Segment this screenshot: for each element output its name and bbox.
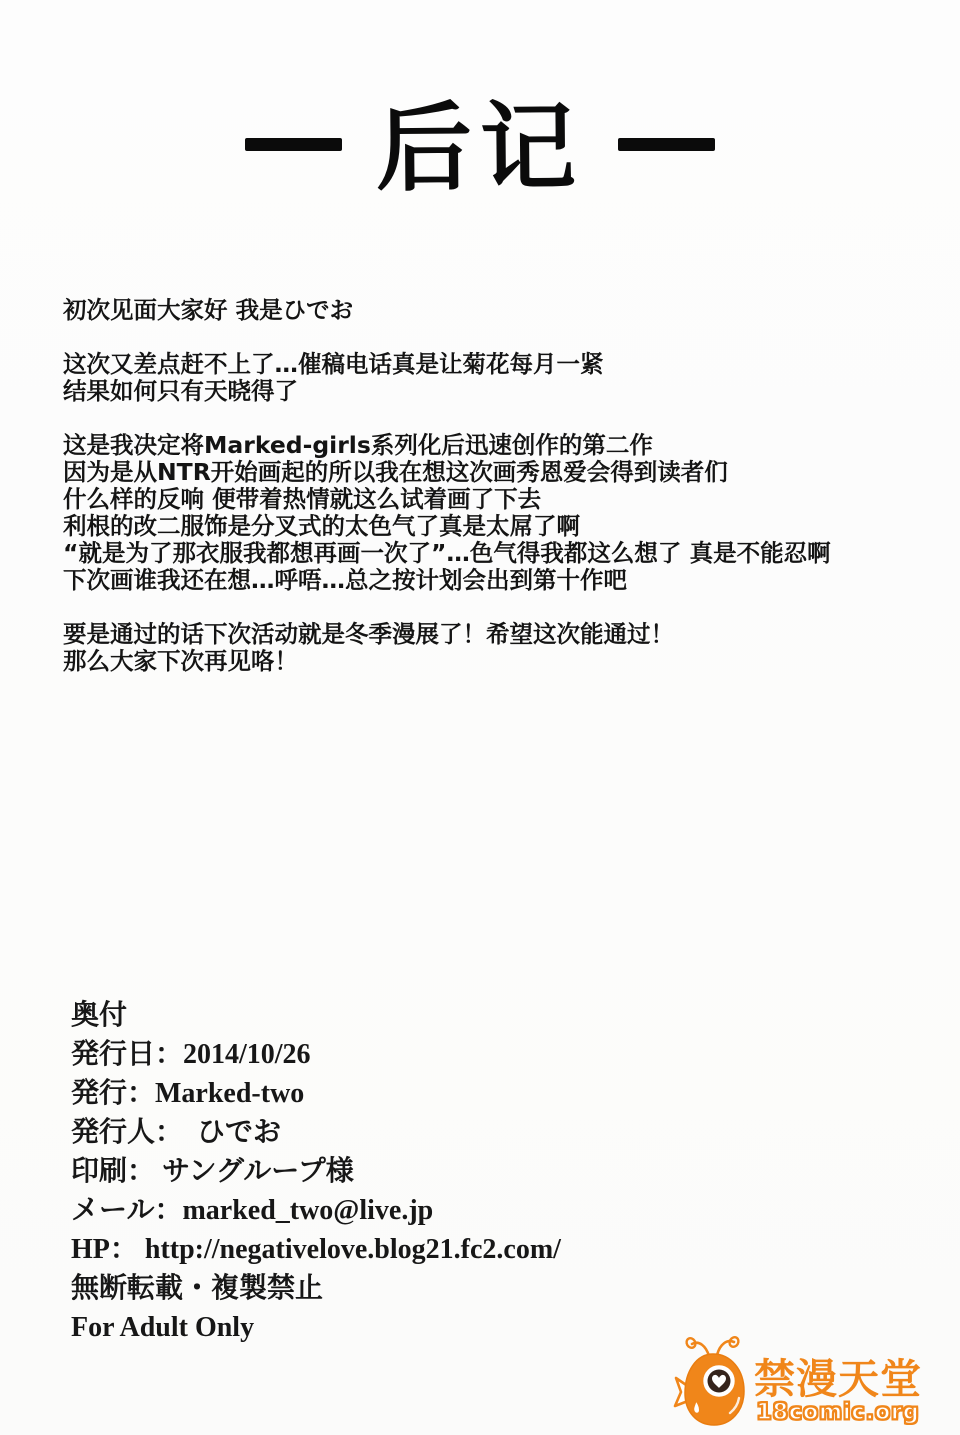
afterword-page: 后记 初次见面大家好 我是ひでお 这次又差点赶不上了…催稿电话真是让菊花每月一紧… xyxy=(0,0,960,1435)
afterword-line: 这次又差点赶不上了…催稿电话真是让菊花每月一紧 xyxy=(63,351,923,378)
afterword-line: 因为是从NTR开始画起的所以我在想这次画秀恩爱会得到读者们 xyxy=(63,459,923,486)
colophon-author: 発行人： ひでお xyxy=(71,1113,771,1152)
afterword-line: 那么大家下次再见咯！ xyxy=(63,648,923,675)
afterword-text-block: 初次见面大家好 我是ひでお 这次又差点赶不上了…催稿电话真是让菊花每月一紧 结果… xyxy=(63,297,923,675)
afterword-line: 这是我决定将Marked-girls系列化后迅速创作的第二作 xyxy=(63,432,923,459)
site-watermark-logo: 禁漫天堂 18comic.org xyxy=(672,1333,922,1429)
title-dash-right xyxy=(618,138,715,151)
afterword-line: 初次见面大家好 我是ひでお xyxy=(63,297,923,324)
watermark-site-domain: 18comic.org xyxy=(756,1401,919,1425)
afterword-line: 要是通过的话下次活动就是冬季漫展了！希望这次能通过！ xyxy=(63,621,923,648)
title-dash-left xyxy=(245,138,342,151)
afterword-line: 什么样的反响 便带着热情就这么试着画了下去 xyxy=(63,486,923,513)
colophon-heading: 奥付 xyxy=(71,996,771,1035)
afterword-line xyxy=(63,405,923,432)
watermark-text: 禁漫天堂 18comic.org xyxy=(754,1358,922,1429)
colophon-publisher: 発行：Marked-two xyxy=(71,1074,771,1113)
colophon-block: 奥付 発行日：2014/10/26 発行：Marked-two 発行人： ひでお… xyxy=(71,996,771,1347)
page-title: 后记 xyxy=(0,90,960,205)
watermark-site-name: 禁漫天堂 xyxy=(754,1358,922,1401)
colophon-no-reproduction: 無断転載・複製禁止 xyxy=(71,1269,771,1308)
afterword-line xyxy=(63,594,923,621)
colophon-printer: 印刷： サングループ様 xyxy=(71,1152,771,1191)
afterword-line: 结果如何只有天晓得了 xyxy=(63,378,923,405)
fish-mascot-icon xyxy=(672,1333,752,1429)
afterword-line: “就是为了那衣服我都想再画一次了”…色气得我都这么想了 真是不能忍啊 xyxy=(63,540,923,567)
colophon-homepage-url: HP： http://negativelove.blog21.fc2.com/ xyxy=(71,1230,771,1269)
colophon-email: メール：marked_two@live.jp xyxy=(71,1191,771,1230)
afterword-line xyxy=(63,324,923,351)
page-title-text: 后记 xyxy=(376,99,585,197)
afterword-line: 利根的改二服饰是分叉式的太色气了真是太屌了啊 xyxy=(63,513,923,540)
colophon-adult-only: For Adult Only xyxy=(71,1308,771,1347)
colophon-issue-date: 発行日：2014/10/26 xyxy=(71,1035,771,1074)
afterword-line: 下次画谁我还在想…呼唔…总之按计划会出到第十作吧 xyxy=(63,567,923,594)
